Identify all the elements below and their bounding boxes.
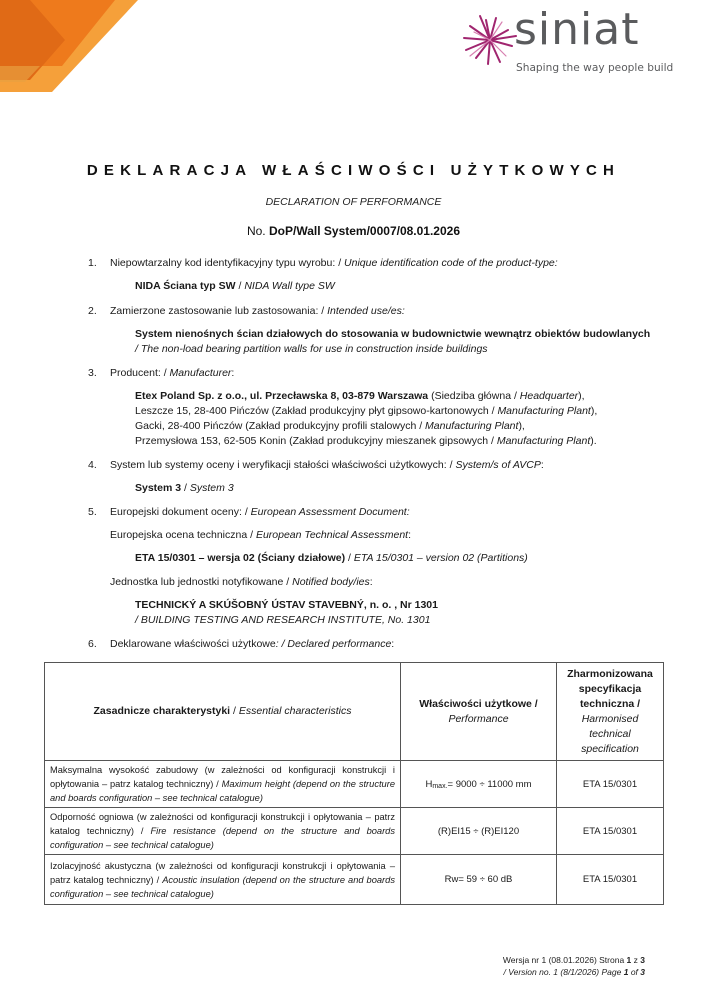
section-number: 2. [88, 304, 110, 318]
header-en: Harmonised technical specification [562, 712, 658, 757]
manufacturer-block: Etex Poland Sp. z o.o., ul. Przecławska … [135, 389, 597, 449]
section-label-en: Declared performance [287, 638, 391, 650]
line-text: (Siedziba główna / [428, 390, 520, 402]
section-label-en: European Assessment Document: [251, 506, 410, 518]
footer-of: of [628, 967, 640, 977]
header-pl: Właściwości użytkowe / [406, 697, 551, 712]
performance-cell: (R)EI15 ÷ (R)EI120 [401, 808, 557, 855]
notified-body-en: / BUILDING TESTING AND RESEARCH INSTITUT… [135, 613, 438, 628]
header-en: Performance [406, 712, 551, 727]
product-code-pl: NIDA Ściana typ SW [135, 280, 236, 292]
logo-wordmark: siniat [514, 4, 639, 56]
notified-body-value: TECHNICKÝ A SKÚŠOBNÝ ÚSTAV STAVEBNÝ, n. … [135, 598, 438, 628]
section-5-heading: 5.Europejski dokument oceny: / European … [88, 505, 410, 519]
section-label-pl: Deklarowane właściwości użytkowe [110, 638, 276, 650]
avcp-value-pl: System 3 [135, 482, 181, 494]
page-total: 3 [640, 955, 645, 965]
section-number: 4. [88, 458, 110, 472]
line-italic: Headquarter [520, 390, 578, 402]
section-2-heading: 2.Zamierzone zastosowanie lub zastosowan… [88, 304, 405, 318]
performance-subscript: max. [432, 783, 447, 790]
intended-use: System nienośnych ścian działowych do st… [135, 327, 650, 357]
manufacturer-line: Przemysłowa 153, 62-505 Konin (Zakład pr… [135, 434, 597, 449]
line-end: ), [578, 390, 584, 402]
line-end: ), [518, 420, 524, 432]
header-harmonised-spec: Zharmonizowana specyfikacja techniczna /… [557, 663, 664, 761]
section-label-pl: System lub systemy oceny i weryfikacji s… [110, 459, 455, 471]
footer-version-en: / Version no. 1 (8/1/2026) Page 1 of 3 [503, 966, 645, 978]
separator: / [236, 280, 245, 292]
section-6-heading: 6.Deklarowane właściwości użytkowe: / De… [88, 637, 394, 651]
section-label-pl: Producent: / [110, 367, 170, 379]
product-code-en: NIDA Wall type SW [244, 280, 334, 292]
table-row: Maksymalna wysokość zabudowy (w zależnoś… [45, 761, 664, 808]
manufacturer-line: Gacki, 28-400 Pińczów (Zakład produkcyjn… [135, 419, 597, 434]
manufacturer-name: Etex Poland Sp. z o.o., ul. Przecławska … [135, 390, 428, 402]
avcp-value-en: System 3 [190, 482, 234, 494]
colon: : [391, 638, 394, 650]
eta-label-en: European Technical Assessment [256, 529, 408, 541]
performance-cell: Rw= 59 ÷ 60 dB [401, 855, 557, 905]
colon: : [408, 529, 411, 541]
header-pl: Zasadnicze charakterystyki [94, 705, 231, 717]
eta-value: ETA 15/0301 – wersja 02 (Ściany działowe… [135, 551, 528, 566]
section-1-heading: 1.Niepowtarzalny kod identyfikacyjny typ… [88, 256, 558, 270]
notified-body-pl: TECHNICKÝ A SKÚŠOBNÝ ÚSTAV STAVEBNÝ, n. … [135, 598, 438, 613]
separator: : / [276, 638, 288, 650]
colon: : [231, 367, 234, 379]
eta-label-pl: Europejska ocena techniczna / [110, 529, 256, 541]
section-label-pl: Zamierzone zastosowanie lub zastosowania… [110, 305, 327, 317]
section-number: 3. [88, 366, 110, 380]
product-type-code: NIDA Ściana typ SW / NIDA Wall type SW [135, 279, 335, 294]
eta-value-en: ETA 15/0301 – version 02 (Partitions) [354, 552, 528, 564]
table-row: Odporność ogniowa (w zależności od konfi… [45, 808, 664, 855]
line-text: Leszcze 15, 28-400 Pińczów (Zakład produ… [135, 405, 497, 417]
siniat-star-icon [462, 12, 518, 68]
line-end: ), [591, 405, 597, 417]
spec-cell: ETA 15/0301 [557, 761, 664, 808]
eta-value-pl: ETA 15/0301 – wersja 02 (Ściany działowe… [135, 552, 345, 564]
spec-cell: ETA 15/0301 [557, 855, 664, 905]
section-label-pl: Europejski dokument oceny: / [110, 506, 251, 518]
separator: / [230, 705, 239, 717]
separator: / [345, 552, 354, 564]
intended-use-pl: System nienośnych ścian działowych do st… [135, 327, 650, 342]
document-number-value: DoP/Wall System/0007/08.01.2026 [269, 224, 460, 238]
manufacturer-line: Leszcze 15, 28-400 Pińczów (Zakład produ… [135, 404, 597, 419]
intended-use-en: / The non-load bearing partition walls f… [135, 342, 650, 357]
section-number: 5. [88, 505, 110, 519]
characteristic-cell: Izolacyjność akustyczna (w zależności od… [45, 855, 401, 905]
table-row: Izolacyjność akustyczna (w zależności od… [45, 855, 664, 905]
performance-value-rest: = 9000 ÷ 11000 mm [448, 779, 532, 790]
section-4-heading: 4.System lub systemy oceny i weryfikacji… [88, 458, 544, 472]
characteristic-cell: Odporność ogniowa (w zależności od konfi… [45, 808, 401, 855]
eta-label: Europejska ocena techniczna / European T… [110, 528, 411, 542]
line-text: Gacki, 28-400 Pińczów (Zakład produkcyjn… [135, 420, 425, 432]
section-label-en: Unique identification code of the produc… [344, 257, 558, 269]
colon: : [541, 459, 544, 471]
header-performance: Właściwości użytkowe / Performance [401, 663, 557, 761]
manufacturer-line: Etex Poland Sp. z o.o., ul. Przecławska … [135, 389, 597, 404]
header-en: Essential characteristics [239, 705, 352, 717]
notified-body-label-en: Notified body/ies [292, 576, 370, 588]
notified-body-label-pl: Jednostka lub jednostki notyfikowane / [110, 576, 292, 588]
footer-text: Wersja nr 1 (08.01.2026) Strona [503, 955, 627, 965]
characteristic-cell: Maksymalna wysokość zabudowy (w zależnoś… [45, 761, 401, 808]
document-number: No. DoP/Wall System/0007/08.01.2026 [0, 224, 707, 238]
table-header-row: Zasadnicze charakterystyki / Essential c… [45, 663, 664, 761]
document-subtitle: DECLARATION OF PERFORMANCE [0, 196, 707, 208]
line-italic: Manufacturing Plant [425, 420, 518, 432]
page-footer: Wersja nr 1 (08.01.2026) Strona 1 z 3 / … [503, 954, 645, 978]
line-text: Przemysłowa 153, 62-505 Konin (Zakład pr… [135, 435, 497, 447]
section-number: 1. [88, 256, 110, 270]
footer-text: / Version no. 1 (8/1/2026) Page [504, 967, 624, 977]
section-number: 6. [88, 637, 110, 651]
spec-cell: ETA 15/0301 [557, 808, 664, 855]
footer-of: z [631, 955, 640, 965]
line-end: ). [590, 435, 596, 447]
header-essential-characteristics: Zasadnicze charakterystyki / Essential c… [45, 663, 401, 761]
logo-tagline: Shaping the way people build [516, 62, 673, 74]
line-italic: Manufacturing Plant [497, 405, 590, 417]
footer-version-pl: Wersja nr 1 (08.01.2026) Strona 1 z 3 [503, 954, 645, 966]
section-label-pl: Niepowtarzalny kod identyfikacyjny typu … [110, 257, 344, 269]
section-label-en: System/s of AVCP [455, 459, 540, 471]
section-label-en: Manufacturer [170, 367, 232, 379]
orange-corner-decoration [0, 0, 140, 92]
section-label-en: Intended use/es: [327, 305, 405, 317]
siniat-logo: siniat Shaping the way people build [462, 10, 677, 80]
document-title: DEKLARACJA WŁAŚCIWOŚCI UŻYTKOWYCH [0, 162, 707, 179]
document-number-prefix: No. [247, 224, 266, 238]
colon: : [370, 576, 373, 588]
performance-cell: Hmax.= 9000 ÷ 11000 mm [401, 761, 557, 808]
notified-body-label: Jednostka lub jednostki notyfikowane / N… [110, 575, 373, 589]
line-italic: Manufacturing Plant [497, 435, 590, 447]
page-total: 3 [640, 967, 645, 977]
separator: / [181, 482, 190, 494]
section-3-heading: 3.Producent: / Manufacturer: [88, 366, 234, 380]
declared-performance-table: Zasadnicze charakterystyki / Essential c… [44, 662, 664, 905]
avcp-system: System 3 / System 3 [135, 481, 234, 496]
header-pl: Zharmonizowana specyfikacja techniczna / [562, 667, 658, 712]
